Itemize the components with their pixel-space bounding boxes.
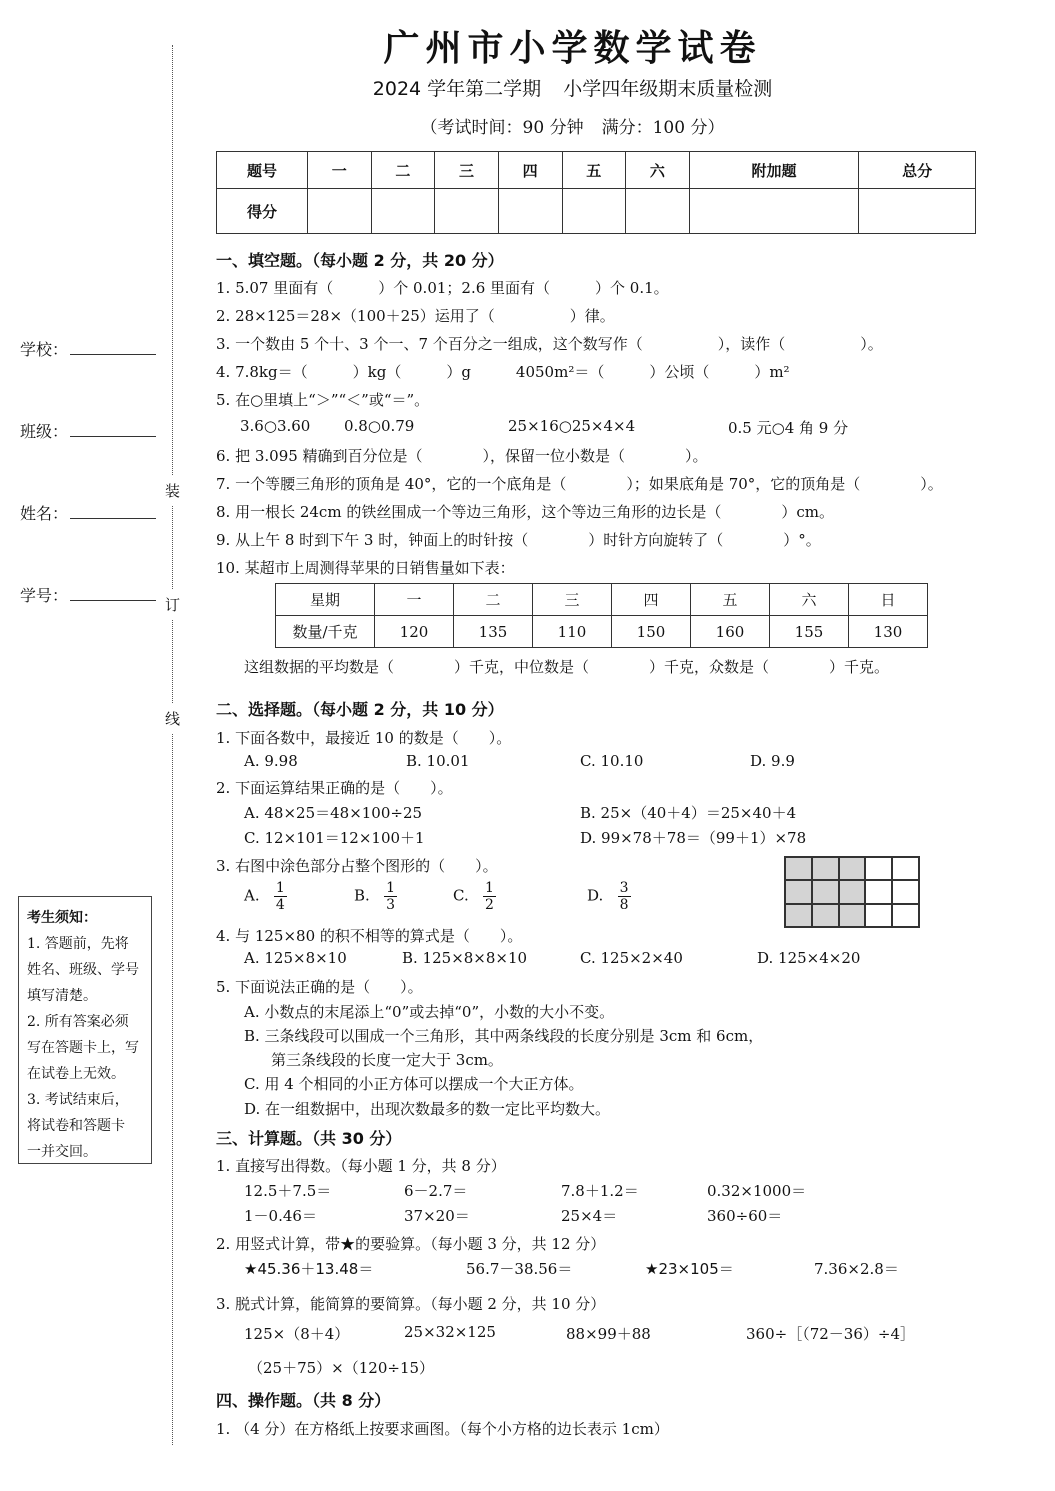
sales-value: 130 xyxy=(849,616,928,648)
name-field[interactable]: 姓名： xyxy=(20,501,156,524)
fraction: 12 xyxy=(483,880,496,913)
score-header: 三 xyxy=(435,152,499,189)
s2-q2-option: A. 48×25＝48×100÷25 xyxy=(244,802,422,823)
student-id-field[interactable]: 学号： xyxy=(20,583,156,606)
grid-cell-shaded xyxy=(839,857,866,880)
sales-value: 120 xyxy=(375,616,454,648)
numerator: 1 xyxy=(483,880,496,897)
page-title: 广州市小学数学试卷 xyxy=(0,20,1055,71)
s3-q2-item: ★45.36＋13.48＝ xyxy=(244,1258,373,1279)
s1-question-7: 7. 一个等腰三角形的顶角是 40°，它的一个底角是（ ）；如果底角是 70°，… xyxy=(216,473,943,494)
s3-q1-item: 6－2.7＝ xyxy=(404,1180,467,1201)
s3-q1-item: 0.32×1000＝ xyxy=(707,1180,806,1201)
binding-dotted-line xyxy=(172,45,173,1445)
section4-title: 四、操作题。（共 8 分） xyxy=(216,1388,390,1411)
s2-q3-stem: 3. 右图中涂色部分占整个图形的（ ）。 xyxy=(216,855,498,876)
grid-cell-shaded xyxy=(839,904,866,927)
s2-q1-option: C. 10.10 xyxy=(580,752,643,770)
s3-q3-item: 88×99＋88 xyxy=(566,1323,651,1344)
s3-q2-item: 56.7－38.56＝ xyxy=(466,1258,572,1279)
s2-q4-option: D. 125×4×20 xyxy=(757,949,860,967)
grid-cell-shaded xyxy=(812,904,839,927)
notice-line: 一并交回。 xyxy=(27,1139,145,1165)
s2-q3-option-b: B. 13 xyxy=(354,880,397,913)
option-label: B. xyxy=(354,887,370,905)
denominator: 3 xyxy=(384,897,397,913)
score-cell[interactable] xyxy=(689,189,859,234)
grid-cell-shaded xyxy=(785,880,812,903)
apple-sales-table: 星期 一 二 三 四 五 六 日 数量/千克 120 135 110 150 1… xyxy=(275,583,928,648)
s2-q2-option: C. 12×101＝12×100＋1 xyxy=(244,827,425,848)
s2-q4-option: C. 125×2×40 xyxy=(580,949,683,967)
grid-cell xyxy=(892,880,919,903)
numerator: 1 xyxy=(384,880,397,897)
notice-line: 将试卷和答题卡 xyxy=(27,1113,145,1139)
s2-q2-option: D. 99×78＋78＝（99＋1）×78 xyxy=(580,827,806,848)
student-id-input-line[interactable] xyxy=(70,586,156,601)
score-header: 总分 xyxy=(859,152,976,189)
score-header: 附加题 xyxy=(689,152,859,189)
option-label: C. xyxy=(453,887,469,905)
fraction: 38 xyxy=(618,880,631,913)
class-input-line[interactable] xyxy=(70,422,156,437)
numerator: 1 xyxy=(274,880,287,897)
s1-question-10: 10. 某超市上周测得苹果的日销售量如下表： xyxy=(216,557,515,578)
binding-char-zhuang: 装 xyxy=(165,476,180,505)
section1-title: 一、填空题。（每小题 2 分，共 20 分） xyxy=(216,248,504,271)
notice-line: 2. 所有答案必须 xyxy=(27,1009,145,1035)
s1-question-5: 5. 在○里填上“＞”“＜”或“＝”。 xyxy=(216,389,429,410)
score-header: 二 xyxy=(371,152,435,189)
s2-q3-option-c: C. 12 xyxy=(453,880,496,913)
s3-q2-stem: 2. 用竖式计算，带★的要验算。（每小题 3 分，共 12 分） xyxy=(216,1233,605,1254)
s4-q1: 1. （4 分）在方格纸上按要求画图。（每个小方格的边长表示 1cm） xyxy=(216,1418,669,1439)
school-label: 学校： xyxy=(20,340,68,359)
s1-question-4: 4. 7.8kg＝（ ）kg（ ）g 4050m²＝（ ）公顷（ ）m² xyxy=(216,361,790,382)
s3-q3-stem: 3. 脱式计算，能简算的要简算。（每小题 2 分，共 10 分） xyxy=(216,1293,605,1314)
score-header: 题号 xyxy=(217,152,308,189)
score-cell[interactable] xyxy=(308,189,372,234)
exam-subtitle: 2024 学年第二学期小学四年级期末质量检测 xyxy=(0,74,1055,101)
grid-cell-shaded xyxy=(812,880,839,903)
score-header: 五 xyxy=(562,152,626,189)
sales-value: 155 xyxy=(770,616,849,648)
notice-line: 1. 答题前，先将 xyxy=(27,931,145,957)
s2-q1-option: B. 10.01 xyxy=(406,752,470,770)
grid-cell-shaded xyxy=(839,880,866,903)
s3-q1-item: 360÷60＝ xyxy=(707,1205,782,1226)
exam-time: （考试时间：90 分钟 xyxy=(421,118,584,138)
q5-compare-item: 3.6○3.60 xyxy=(240,417,310,435)
notice-line: 填写清楚。 xyxy=(27,983,145,1009)
score-cell[interactable] xyxy=(859,189,976,234)
grid-cell xyxy=(865,904,892,927)
s3-q1-item: 37×20＝ xyxy=(404,1205,470,1226)
s3-q1-stem: 1. 直接写出得数。（每小题 1 分，共 8 分） xyxy=(216,1155,506,1176)
score-cell[interactable] xyxy=(435,189,499,234)
s1-question-6: 6. 把 3.095 精确到百分位是（ ），保留一位小数是（ ）。 xyxy=(216,445,708,466)
s3-q3-item: 360÷［（72－36）÷4］ xyxy=(746,1323,915,1344)
s2-q3-option-d: D. 38 xyxy=(587,880,631,913)
s2-q5-option: D. 在一组数据中，出现次数最多的数一定比平均数大。 xyxy=(244,1098,610,1119)
shaded-grid-figure xyxy=(784,856,920,928)
s2-q4-option: A. 125×8×10 xyxy=(244,949,347,967)
q5-compare-item: 0.8○0.79 xyxy=(344,417,414,435)
sales-value: 110 xyxy=(533,616,612,648)
s2-q2-stem: 2. 下面运算结果正确的是（ ）。 xyxy=(216,777,453,798)
sales-day: 三 xyxy=(533,584,612,616)
s2-q5-option: A. 小数点的末尾添上“0”或去掉“0”，小数的大小不变。 xyxy=(244,1001,614,1022)
s2-q5-option: C. 用 4 个相同的小正方体可以摆成一个大正方体。 xyxy=(244,1073,584,1094)
notice-line: 写在答题卡上，写 xyxy=(27,1035,145,1061)
fraction: 13 xyxy=(384,880,397,913)
s1-question-9: 9. 从上午 8 时到下午 3 时，钟面上的时针按（ ）时针方向旋转了（ ）°。 xyxy=(216,529,821,550)
sales-value: 135 xyxy=(454,616,533,648)
sales-day: 二 xyxy=(454,584,533,616)
option-label: A. xyxy=(244,887,260,905)
student-id-label: 学号： xyxy=(20,586,68,605)
class-field[interactable]: 班级： xyxy=(20,419,156,442)
score-table: 题号 一 二 三 四 五 六 附加题 总分 得分 xyxy=(216,151,976,234)
section2-title: 二、选择题。（每小题 2 分，共 10 分） xyxy=(216,697,504,720)
notice-line: 姓名、班级、学号 xyxy=(27,957,145,983)
score-header: 六 xyxy=(626,152,690,189)
score-cell[interactable] xyxy=(562,189,626,234)
fraction: 14 xyxy=(274,880,287,913)
term-label: 2024 学年第二学期 xyxy=(373,78,541,100)
s3-q3-item: 125×（8＋4） xyxy=(244,1323,349,1344)
s1-question-3: 3. 一个数由 5 个十、3 个一、7 个百分之一组成，这个数写作（ ），读作（… xyxy=(216,333,883,354)
section3-title: 三、计算题。（共 30 分） xyxy=(216,1126,401,1149)
grid-cell-shaded xyxy=(785,904,812,927)
denominator: 4 xyxy=(274,897,287,913)
s3-q1-item: 7.8＋1.2＝ xyxy=(561,1180,639,1201)
q5-compare-item: 25×16○25×4×4 xyxy=(508,417,635,435)
s2-q1-option: D. 9.9 xyxy=(750,752,795,770)
sales-day: 日 xyxy=(849,584,928,616)
sales-day: 一 xyxy=(375,584,454,616)
option-label: D. xyxy=(587,887,603,905)
grid-cell xyxy=(865,857,892,880)
grid-cell-shaded xyxy=(812,857,839,880)
s1-question-2: 2. 28×125＝28×（100＋25）运用了（ ）律。 xyxy=(216,305,615,326)
s1-question-1: 1. 5.07 里面有（ ）个 0.01；2.6 里面有（ ）个 0.1。 xyxy=(216,277,669,298)
s3-q3-item: 25×32×125 xyxy=(404,1323,496,1341)
s1-question-8: 8. 用一根长 24cm 的铁丝围成一个等边三角形，这个等边三角形的边长是（ ）… xyxy=(216,501,834,522)
sales-value: 150 xyxy=(612,616,691,648)
grid-cell-shaded xyxy=(785,857,812,880)
grid-cell xyxy=(892,857,919,880)
s2-q5-stem: 5. 下面说法正确的是（ ）。 xyxy=(216,976,423,997)
binding-char-ding: 订 xyxy=(165,590,180,619)
exam-info: （考试时间：90 分钟满分：100 分） xyxy=(0,113,1055,138)
s2-q4-option: B. 125×8×8×10 xyxy=(402,949,527,967)
notice-line: 在试卷上无效。 xyxy=(27,1061,145,1087)
score-cell[interactable] xyxy=(498,189,562,234)
name-input-line[interactable] xyxy=(70,504,156,519)
exam-notice-box: 考生须知： 1. 答题前，先将 姓名、班级、学号 填写清楚。 2. 所有答案必须… xyxy=(18,896,152,1164)
full-score: 满分：100 分） xyxy=(602,118,725,138)
sales-value: 160 xyxy=(691,616,770,648)
notice-line: 3. 考试结束后， xyxy=(27,1087,145,1113)
s2-q4-stem: 4. 与 125×80 的积不相等的算式是（ ）。 xyxy=(216,925,522,946)
grid-cell xyxy=(865,880,892,903)
q10-followup: 这组数据的平均数是（ ）千克，中位数是（ ）千克，众数是（ ）千克。 xyxy=(244,656,889,677)
s3-q1-item: 25×4＝ xyxy=(561,1205,617,1226)
grade-label: 小学四年级期末质量检测 xyxy=(563,78,772,100)
score-header: 一 xyxy=(308,152,372,189)
denominator: 8 xyxy=(618,897,631,913)
s2-q1-option: A. 9.98 xyxy=(244,752,298,770)
s2-q3-option-a: A. 14 xyxy=(244,880,287,913)
school-input-line[interactable] xyxy=(70,340,156,355)
grid-cell xyxy=(892,904,919,927)
score-cell[interactable] xyxy=(626,189,690,234)
score-header: 四 xyxy=(498,152,562,189)
sales-header-label: 星期 xyxy=(276,584,375,616)
sales-day: 四 xyxy=(612,584,691,616)
s3-q1-item: 12.5＋7.5＝ xyxy=(244,1180,331,1201)
sales-day: 五 xyxy=(691,584,770,616)
s2-q2-option: B. 25×（40＋4）＝25×40＋4 xyxy=(580,802,796,823)
s3-q1-item: 1－0.46＝ xyxy=(244,1205,317,1226)
s3-q2-item: 7.36×2.8＝ xyxy=(814,1258,899,1279)
sales-day: 六 xyxy=(770,584,849,616)
score-row-label: 得分 xyxy=(217,189,308,234)
class-label: 班级： xyxy=(20,422,68,441)
notice-title: 考生须知： xyxy=(27,905,145,931)
name-label: 姓名： xyxy=(20,504,68,523)
sales-row-label: 数量/千克 xyxy=(276,616,375,648)
school-field[interactable]: 学校： xyxy=(20,337,156,360)
s2-q1-stem: 1. 下面各数中，最接近 10 的数是（ ）。 xyxy=(216,727,511,748)
s3-q2-item: ★23×105＝ xyxy=(645,1258,734,1279)
denominator: 2 xyxy=(483,897,496,913)
s3-q3-item: （25＋75）×（120÷15） xyxy=(248,1357,434,1378)
s2-q5-option-continued: 第三条线段的长度一定大于 3cm。 xyxy=(271,1049,503,1070)
q5-compare-item: 0.5 元○4 角 9 分 xyxy=(728,417,848,438)
numerator: 3 xyxy=(618,880,631,897)
score-cell[interactable] xyxy=(371,189,435,234)
binding-char-xian: 线 xyxy=(165,704,180,733)
s2-q5-option: B. 三条线段可以围成一个三角形，其中两条线段的长度分别是 3cm 和 6cm， xyxy=(244,1025,763,1046)
